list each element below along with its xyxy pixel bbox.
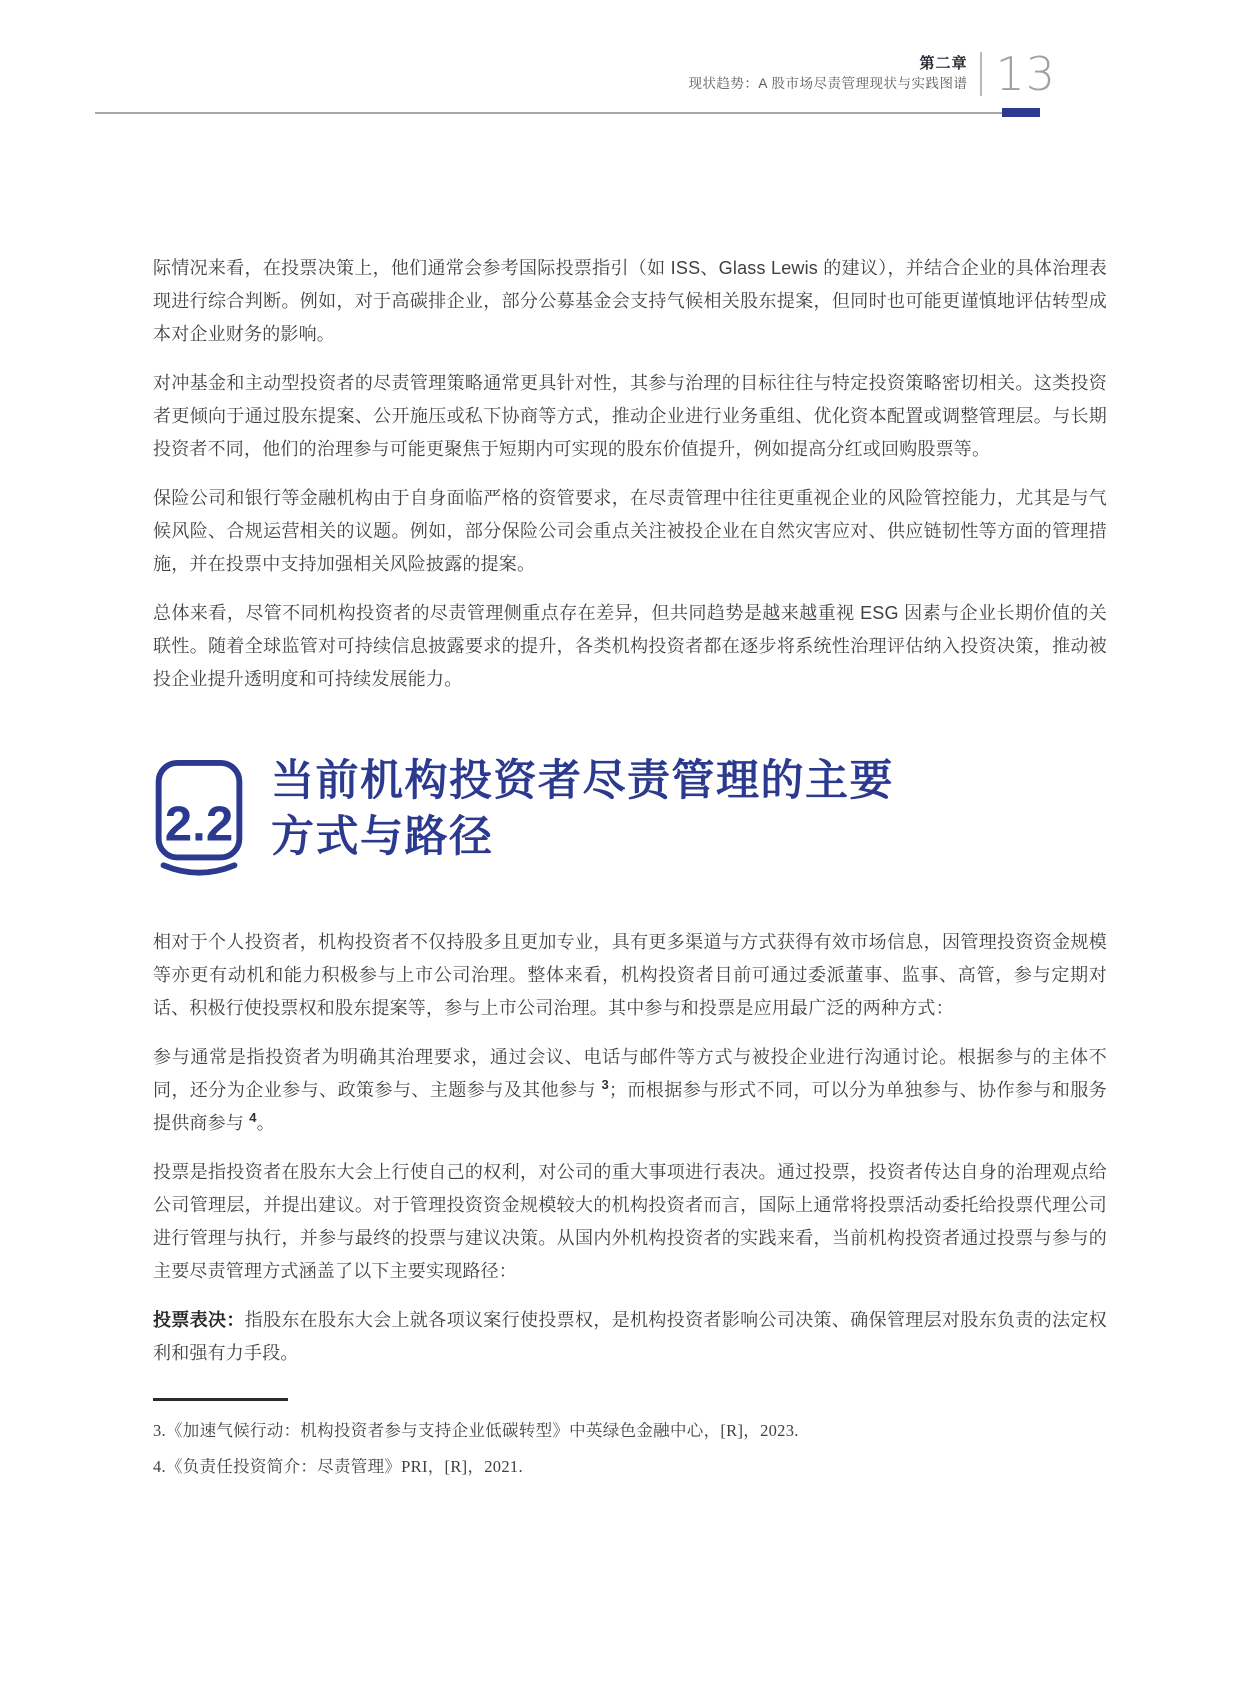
chapter-label: 第二章 bbox=[688, 55, 967, 73]
paragraph-institutional-advantages: 相对于个人投资者，机构投资者不仅持股多且更加专业，具有更多渠道与方式获得有效市场… bbox=[153, 926, 1107, 1025]
footnote-item-4: 4.《负责任投资简介：尽责管理》PRI，[R]，2021. bbox=[153, 1449, 1107, 1485]
header-titles: 第二章 现状趋势：A 股市场尽责管理现状与实践图谱 bbox=[688, 55, 967, 93]
page-header: 第二章 现状趋势：A 股市场尽责管理现状与实践图谱 13 bbox=[0, 52, 1056, 96]
page-content: 际情况来看，在投票决策上，他们通常会参考国际投票指引（如 ISS、Glass L… bbox=[153, 252, 1107, 1485]
page-number: 13 bbox=[995, 52, 1056, 96]
footnote-ref-4: 4 bbox=[249, 1110, 256, 1125]
footnote-rule bbox=[153, 1398, 288, 1401]
chapter-subtitle: 现状趋势：A 股市场尽责管理现状与实践图谱 bbox=[688, 75, 967, 93]
paragraph-voting: 投票是指投资者在股东大会上行使自己的权利，对公司的重大事项进行表决。通过投票，投… bbox=[153, 1156, 1107, 1288]
header-divider bbox=[980, 52, 982, 96]
paragraph-engagement: 参与通常是指投资者为明确其治理要求，通过会议、电话与邮件等方式与被投企业进行沟通… bbox=[153, 1041, 1107, 1140]
paragraph-voting-resolution: 投票表决：指股东在股东大会上就各项议案行使投票权，是机构投资者影响公司决策、确保… bbox=[153, 1304, 1107, 1370]
paragraph-continued: 际情况来看，在投票决策上，他们通常会参考国际投票指引（如 ISS、Glass L… bbox=[153, 252, 1107, 351]
header-accent-bar bbox=[1002, 108, 1040, 117]
voting-lead: 投票表决： bbox=[153, 1310, 245, 1330]
section-title-line2: 方式与路径 bbox=[271, 813, 494, 861]
section-title: 当前机构投资者尽责管理的主要 方式与路径 bbox=[271, 753, 894, 865]
footnote-ref-3: 3 bbox=[601, 1077, 608, 1092]
footnote-item-3: 3.《加速气候行动：机构投资者参与支持企业低碳转型》中英绿色金融中心，[R]，2… bbox=[153, 1413, 1107, 1449]
section-title-line1: 当前机构投资者尽责管理的主要 bbox=[271, 757, 894, 805]
section-heading-2-2: 2.2 当前机构投资者尽责管理的主要 方式与路径 bbox=[153, 758, 1107, 884]
document-page: 第二章 现状趋势：A 股市场尽责管理现状与实践图谱 13 际情况来看，在投票决策… bbox=[0, 0, 1240, 1695]
header-rule bbox=[95, 112, 1002, 114]
voting-lead-text: 指股东在股东大会上就各项议案行使投票权，是机构投资者影响公司决策、确保管理层对股… bbox=[153, 1310, 1107, 1363]
paragraph-overall-trend: 总体来看，尽管不同机构投资者的尽责管理侧重点存在差异，但共同趋势是越来越重视 E… bbox=[153, 597, 1107, 696]
section-badge-book-icon: 2.2 bbox=[153, 758, 245, 884]
engagement-text-3: 。 bbox=[257, 1113, 275, 1133]
section-number: 2.2 bbox=[165, 797, 233, 852]
paragraph-hedge-funds: 对冲基金和主动型投资者的尽责管理策略通常更具针对性，其参与治理的目标往往与特定投… bbox=[153, 367, 1107, 466]
paragraph-insurers-banks: 保险公司和银行等金融机构由于自身面临严格的资管要求，在尽责管理中往往更重视企业的… bbox=[153, 482, 1107, 581]
